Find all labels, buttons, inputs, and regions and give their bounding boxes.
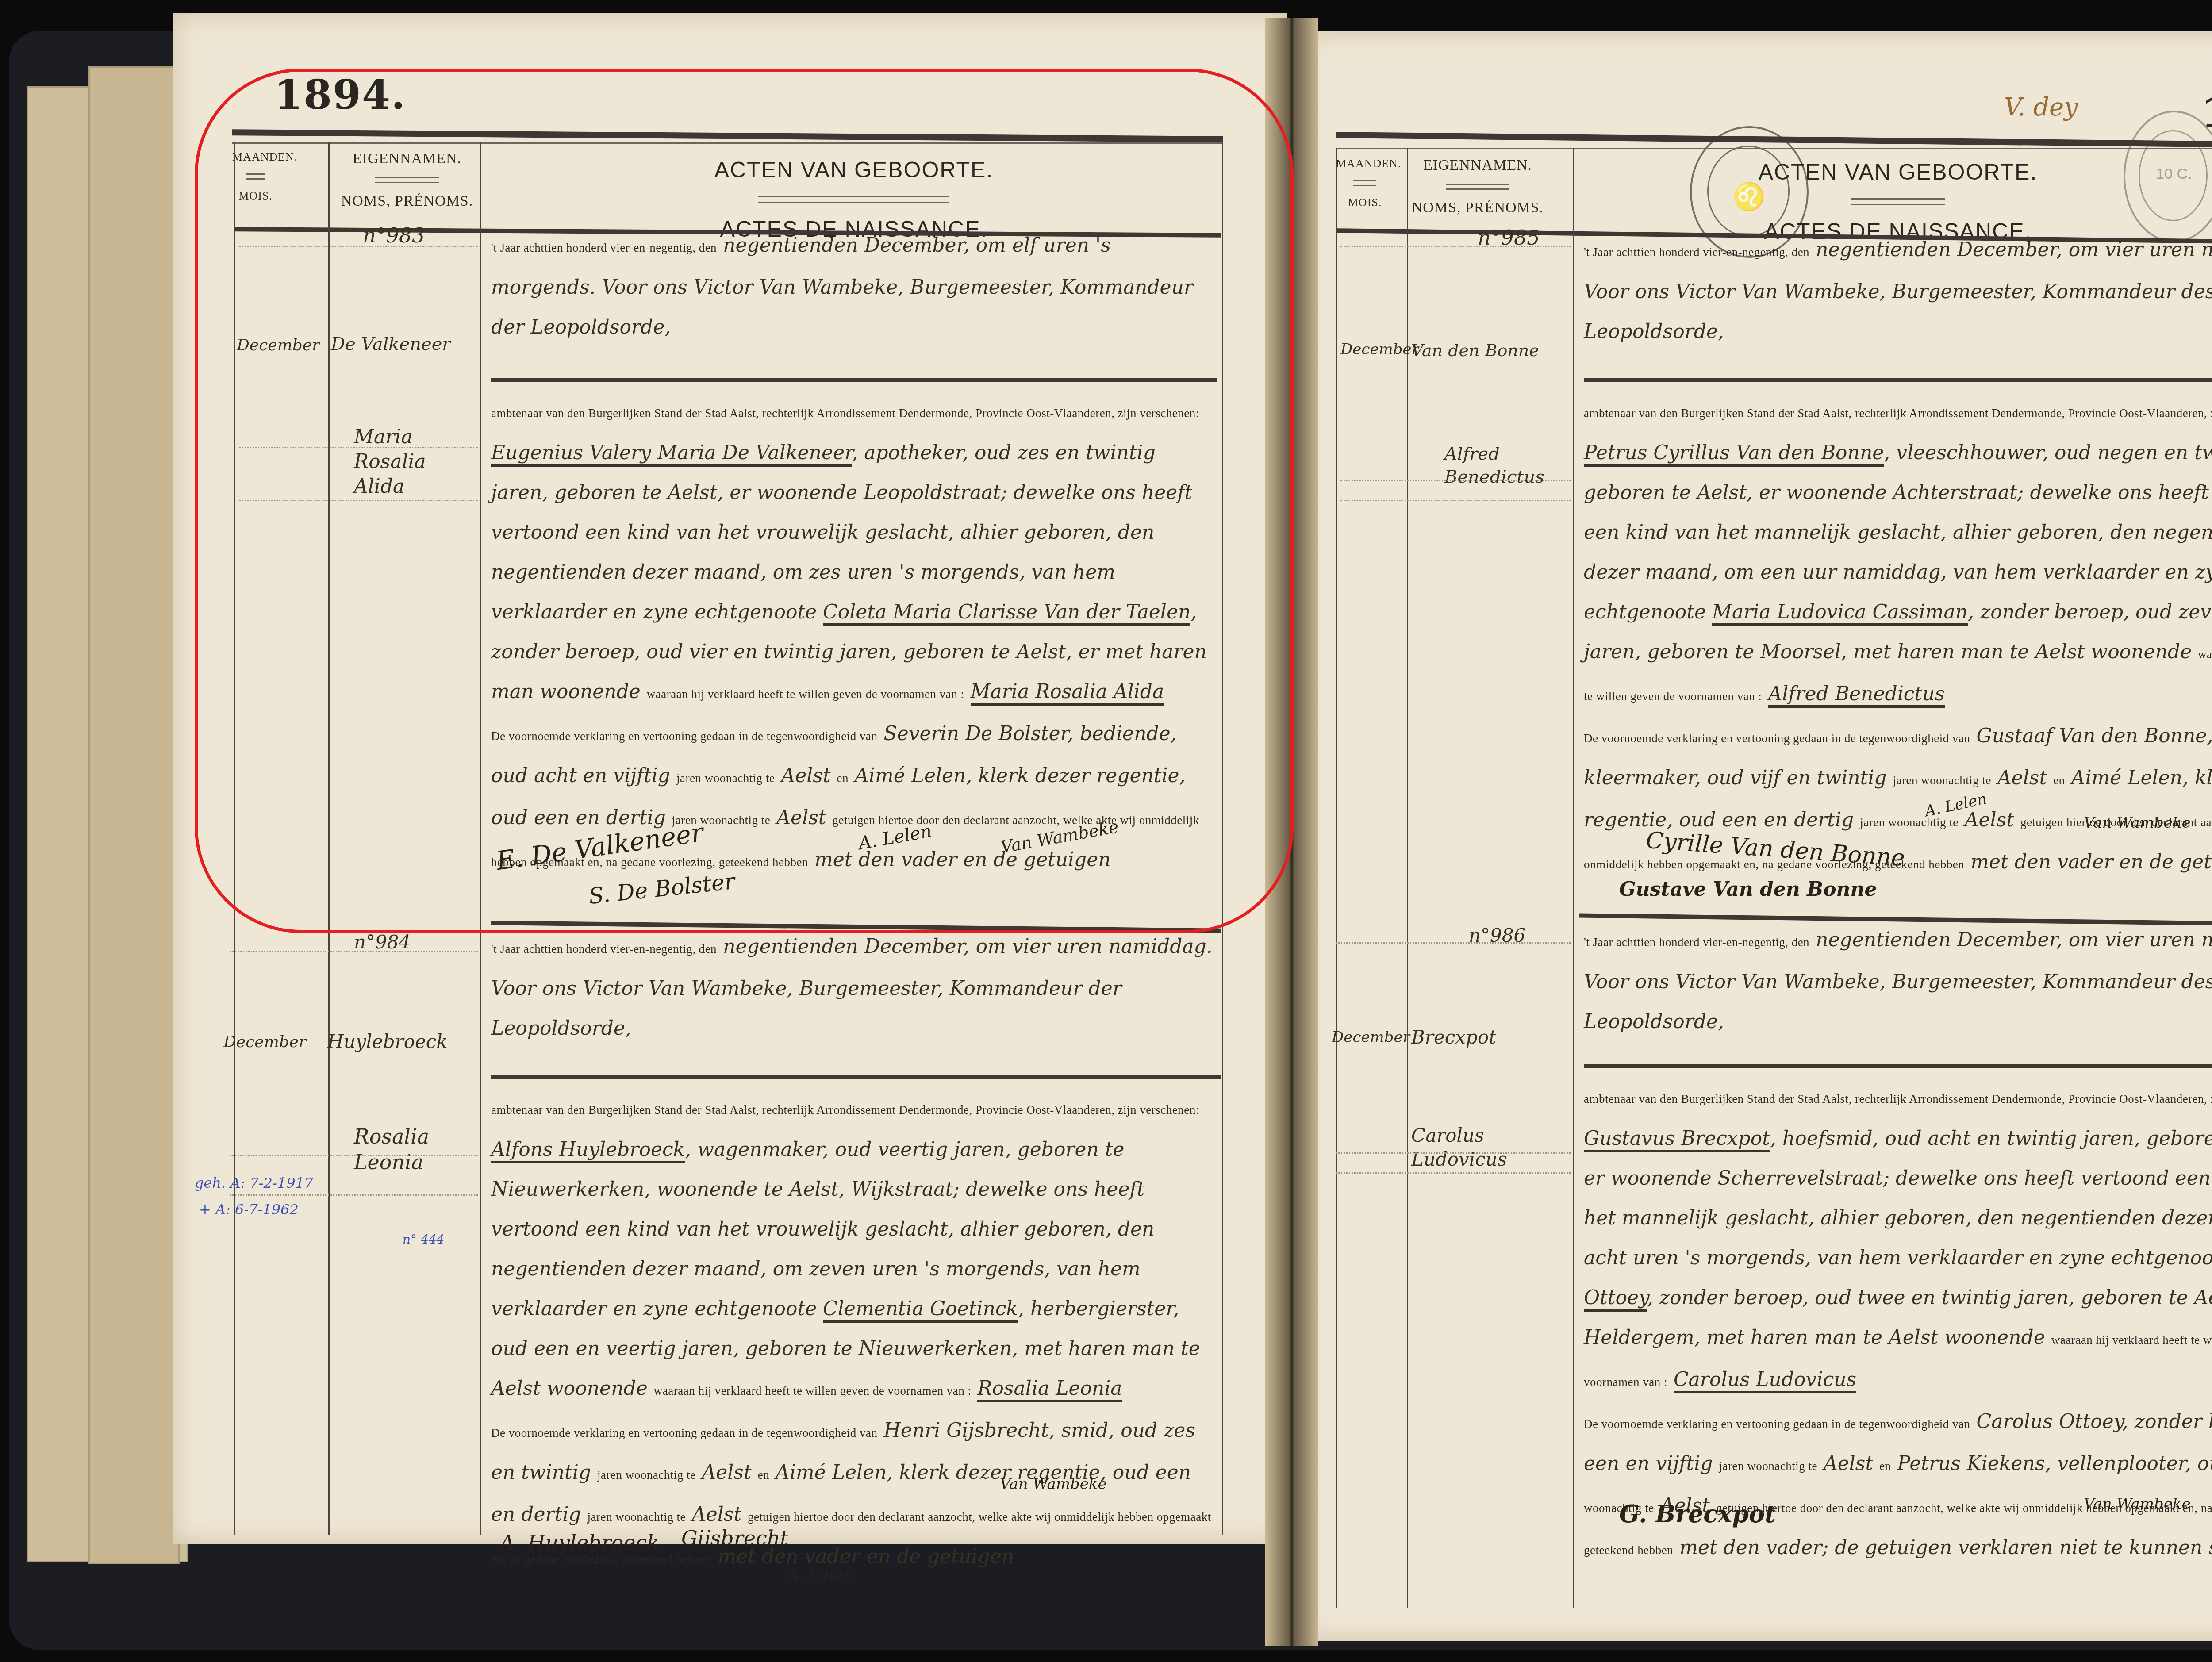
signature: G. Brecxpot	[1619, 1500, 1776, 1528]
book-gutter	[1265, 18, 1318, 1646]
entry-given-names: Maria Rosalia Alida	[354, 425, 469, 499]
col-line-2-right	[1407, 148, 1408, 1608]
col-header-names: EIGENNAMEN. NOMS, PRÉNOMS.	[327, 150, 487, 210]
entry-month: December	[223, 1033, 306, 1051]
stamp-value-label: 10 C.	[2125, 165, 2212, 183]
entry-body-985: 't Jaar achttien honderd vier-en-negenti…	[1584, 230, 2212, 884]
entry-given-names: Alfred Benedictus	[1444, 442, 1568, 488]
child-names: Rosalia Leonia	[977, 1377, 1122, 1402]
declarant-name: Eugenius Valery Maria De Valkeneer	[491, 441, 852, 467]
margin-dotted-line	[1336, 1152, 1571, 1154]
margin-dotted-line	[230, 1155, 478, 1156]
margin-dotted-line	[1336, 1172, 1571, 1174]
margin-dotted-line	[1340, 500, 1571, 501]
entry-month: December	[1332, 1029, 1410, 1046]
page-stack-left-2	[88, 66, 180, 1564]
declarant-name: Alfons Huylebroeck	[491, 1138, 685, 1163]
margin-dotted-line	[239, 500, 478, 501]
margin-dotted-line	[230, 951, 478, 952]
margin-dotted-line	[239, 447, 478, 448]
entry-surname: Brecxpot	[1411, 1026, 1496, 1048]
col-line-2-left	[328, 142, 330, 1535]
entry-surname: Huylebroeck	[327, 1031, 448, 1052]
col-header-month: MAANDEN. MOIS.	[232, 150, 279, 203]
signature: A. Lelen	[787, 1566, 854, 1584]
signature: Gustave Van den Bonne	[1619, 878, 1877, 901]
entry-body-983: 't Jaar achttien honderd vier-en-negenti…	[491, 226, 1217, 882]
entry-body-984: 't Jaar achttien honderd vier-en-negenti…	[491, 927, 1221, 1579]
margin-dotted-line	[1340, 246, 1571, 247]
year-label-left: 1894.	[274, 71, 406, 119]
margin-dotted-line	[239, 246, 478, 247]
signature: Van Wambeke	[2084, 1495, 2191, 1513]
mother-name: Clementia Goetinck	[823, 1297, 1018, 1323]
signature: Gijsbrecht	[681, 1526, 788, 1550]
margin-dotted-line	[1340, 480, 1571, 481]
entry-surname: De Valkeneer	[331, 334, 450, 354]
margin-dotted-line	[230, 1194, 478, 1196]
margin-note-number: n° 444	[403, 1232, 444, 1247]
col-header-names: EIGENNAMEN. NOMS, PRÉNOMS.	[1398, 157, 1557, 216]
declarant-name: Petrus Cyrillus Van den Bonne	[1584, 441, 1884, 467]
col-line-4-left	[1222, 142, 1223, 1535]
signature: A. Huylebroeck	[500, 1531, 659, 1555]
pencil-note: V. dey	[2004, 93, 2078, 122]
entry-given-names: Carolus Ludovicus	[1411, 1124, 1544, 1171]
child-names: Maria Rosalia Alida	[971, 680, 1164, 706]
entry-number: n°983	[363, 223, 425, 247]
col-line-1-right	[1336, 148, 1337, 1608]
entry-month: December	[237, 336, 319, 354]
entry-surname: Van den Bonne	[1411, 341, 1539, 360]
entry-month: December	[1340, 341, 1419, 358]
col-header-month: MAANDEN. MOIS.	[1336, 157, 1394, 209]
mother-name: Maria Ludovica Cassiman	[1712, 601, 1968, 626]
entry-number: n°984	[354, 931, 411, 953]
child-names: Alfred Benedictus	[1768, 683, 1945, 708]
col-line-3-left	[480, 142, 481, 1535]
declarant-name: Gustavus Brecxpot	[1584, 1127, 1770, 1152]
header-sub-rule-left	[232, 142, 1223, 144]
child-names: Carolus Ludovicus	[1674, 1368, 1856, 1393]
entry-body-986: 't Jaar achttien honderd vier-en-negenti…	[1584, 920, 2212, 1570]
margin-note-death: + A: 6-7-1962	[199, 1201, 299, 1218]
entry-given-names: Rosalia Leonia	[354, 1124, 460, 1175]
col-line-1-left	[234, 142, 235, 1535]
mother-name: Coleta Maria Clarisse Van der Taelen	[823, 601, 1190, 626]
margin-note-baptism: geh. A: 7-2-1917	[195, 1175, 313, 1191]
col-line-3-right	[1573, 148, 1574, 1608]
header-sub-rule-right	[1336, 148, 2212, 149]
signature: Van Wambeke	[2084, 814, 2191, 832]
margin-dotted-line	[1336, 942, 1571, 944]
signature: Van Wambeke	[1000, 1475, 1107, 1493]
